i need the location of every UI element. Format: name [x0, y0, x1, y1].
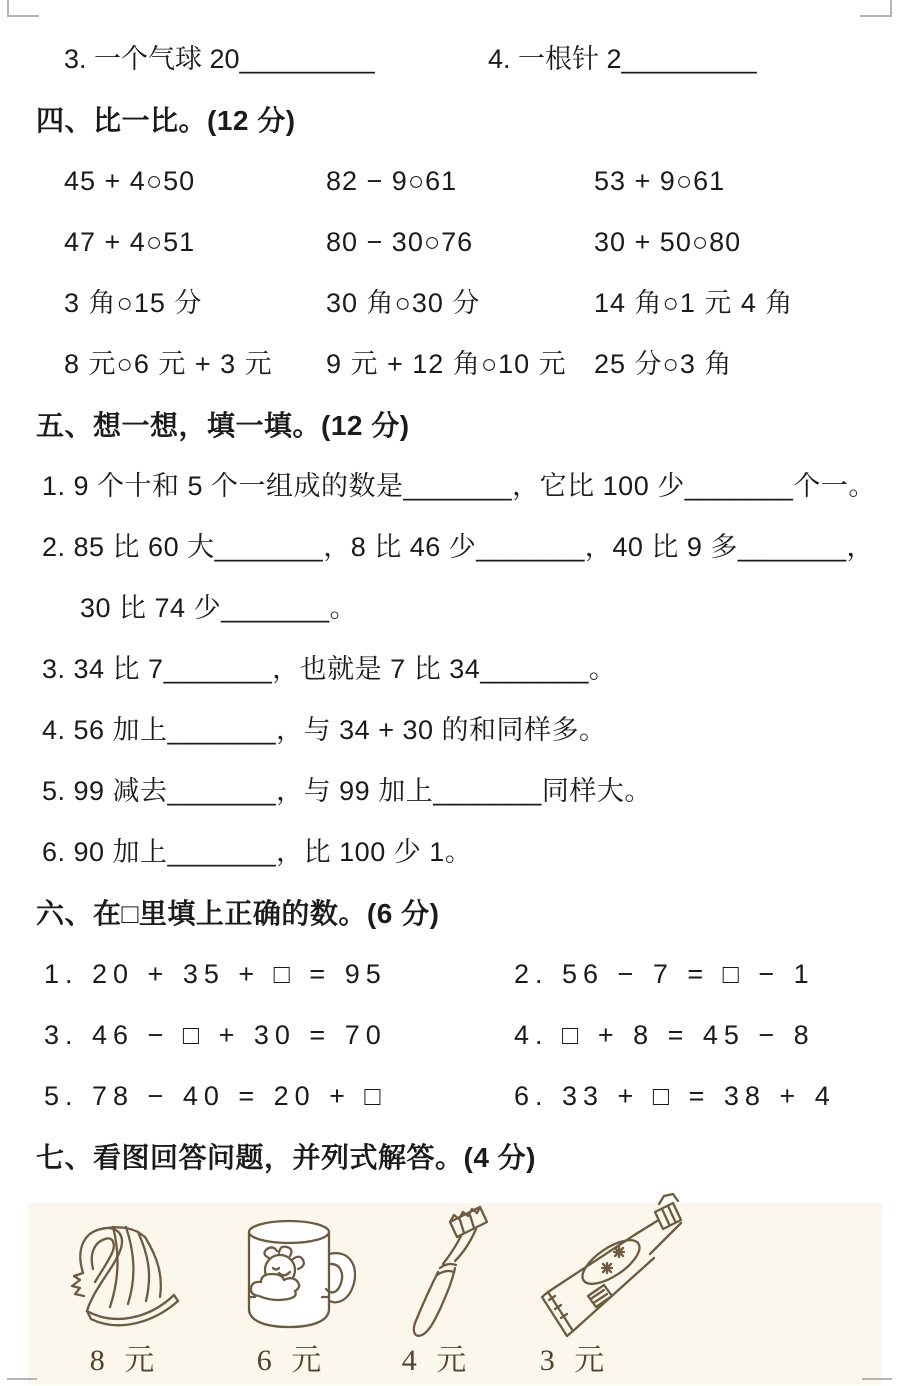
- corner-mark-bottom-right: [862, 1378, 892, 1384]
- box-equation-6: 6. 33 + □ = 38 + 4: [514, 1081, 836, 1142]
- price-label: 8 元: [50, 1345, 200, 1377]
- box-equation-3: 3. 46 − □ + 30 = 70: [44, 1020, 514, 1081]
- item-pictures-strip: 8 元 6 元: [28, 1203, 882, 1385]
- compare-cell: 45 + 4○50: [64, 166, 326, 227]
- fill-item-4: 4. 56 加上_______，与 34 + 30 的和同样多。: [36, 715, 863, 776]
- section-picture-heading: 七、看图回答问题，并列式解答。(4 分): [36, 1142, 863, 1203]
- compare-cell: 9 元 + 12 角○10 元: [326, 349, 594, 410]
- compare-row-2: 47 + 4○51 80 − 30○76 30 + 50○80: [36, 227, 863, 288]
- fill-item-1: 1. 9 个十和 5 个一组成的数是_______，它比 100 少______…: [36, 471, 863, 532]
- compare-row-1: 45 + 4○50 82 − 9○61 53 + 9○61: [36, 166, 863, 227]
- toothbrush-figure: 4 元: [384, 1198, 490, 1377]
- fill-item-6: 6. 90 加上_______，比 100 少 1。: [36, 837, 863, 898]
- fill-item-2-continued: 30 比 74 少_______。: [36, 593, 863, 654]
- compare-cell: 47 + 4○51: [64, 227, 326, 288]
- compare-cell: 82 − 9○61: [326, 166, 594, 227]
- compare-cell: 8 元○6 元 + 3 元: [64, 349, 326, 410]
- compare-cell: 53 + 9○61: [594, 166, 863, 227]
- fill-item-3: 3. 34 比 7_______，也就是 7 比 34_______。: [36, 654, 863, 715]
- section-compare-heading: 四、比一比。(12 分): [36, 105, 863, 166]
- compare-cell: 30 角○30 分: [326, 288, 594, 349]
- section-fill-heading: 五、想一想，填一填。(12 分): [36, 410, 863, 471]
- price-label: 4 元: [384, 1345, 490, 1377]
- question-3-balloon: 3. 一个气球 20_________: [64, 44, 488, 105]
- section-box-heading: 六、在□里填上正确的数。(6 分): [36, 898, 863, 959]
- worksheet-page: 3. 一个气球 20_________ 4. 一根针 2_________ 四、…: [0, 0, 899, 1386]
- worksheet-content: 3. 一个气球 20_________ 4. 一根针 2_________ 四、…: [0, 0, 899, 1385]
- compare-row-3: 3 角○15 分 30 角○30 分 14 角○1 元 4 角: [36, 288, 863, 349]
- compare-cell: 30 + 50○80: [594, 227, 863, 288]
- box-equation-2: 2. 56 − 7 = □ − 1: [514, 959, 815, 1020]
- corner-mark-bottom-left: [7, 1378, 37, 1384]
- box-equation-4: 4. □ + 8 = 45 − 8: [514, 1020, 815, 1081]
- box-row-3: 5. 78 − 40 = 20 + □ 6. 33 + □ = 38 + 4: [36, 1081, 863, 1142]
- corner-mark-top-right: [860, 0, 892, 17]
- question-4-needle: 4. 一根针 2_________: [488, 44, 757, 105]
- price-label: 6 元: [228, 1345, 356, 1377]
- box-equation-1: 1. 20 + 35 + □ = 95: [44, 959, 514, 1020]
- price-label: 3 元: [518, 1345, 694, 1377]
- fill-item-2: 2. 85 比 60 大_______，8 比 46 少_______，40 比…: [36, 532, 863, 593]
- compare-cell: 3 角○15 分: [64, 288, 326, 349]
- compare-cell: 25 分○3 角: [594, 349, 863, 410]
- toothpaste-icon: [518, 1190, 694, 1338]
- toothpaste-figure: 3 元: [518, 1190, 694, 1377]
- corner-mark-top-left: [7, 0, 39, 17]
- mug-icon: [228, 1212, 356, 1338]
- fill-item-5: 5. 99 减去_______，与 99 加上_______同样大。: [36, 776, 863, 837]
- compare-row-4: 8 元○6 元 + 3 元 9 元 + 12 角○10 元 25 分○3 角: [36, 349, 863, 410]
- box-equation-5: 5. 78 − 40 = 20 + □: [44, 1081, 514, 1142]
- towel-figure: 8 元: [50, 1216, 200, 1377]
- compare-cell: 14 角○1 元 4 角: [594, 288, 863, 349]
- towel-icon: [50, 1216, 200, 1338]
- mug-figure: 6 元: [228, 1212, 356, 1377]
- toothbrush-icon: [384, 1198, 490, 1338]
- box-row-1: 1. 20 + 35 + □ = 95 2. 56 − 7 = □ − 1: [36, 959, 863, 1020]
- fill-in-row: 3. 一个气球 20_________ 4. 一根针 2_________: [36, 44, 863, 105]
- compare-cell: 80 − 30○76: [326, 227, 594, 288]
- box-row-2: 3. 46 − □ + 30 = 70 4. □ + 8 = 45 − 8: [36, 1020, 863, 1081]
